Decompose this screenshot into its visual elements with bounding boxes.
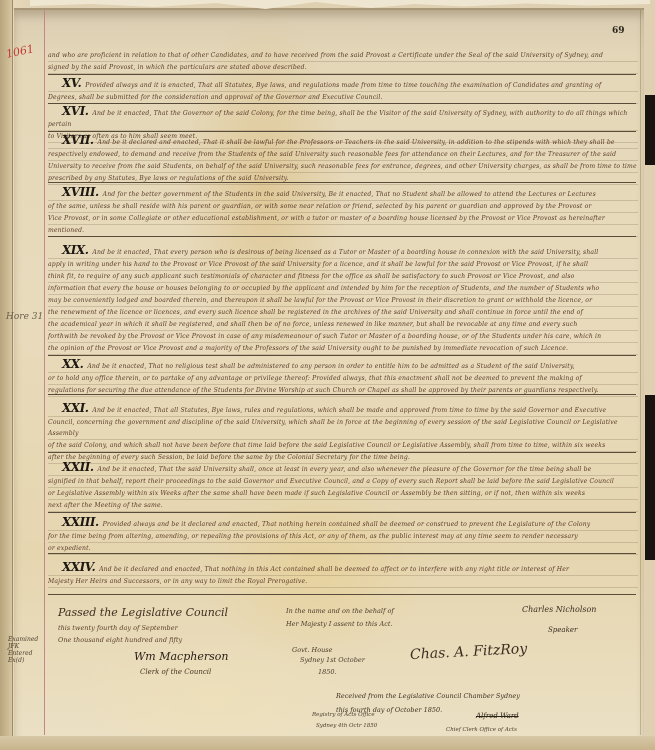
- chief-clerk-signature: Alfred Ward: [476, 712, 519, 720]
- page-edge-shadow: [645, 95, 655, 165]
- text-line: And be it enacted, That the Governor of …: [48, 110, 627, 128]
- clerk-signature: Wm Macpherson: [134, 650, 228, 663]
- text-line: And be it enacted, That no religious tes…: [87, 363, 574, 370]
- registry-line: Registry of Acts Office: [312, 712, 375, 718]
- text-line: or to hold any office therein, or to par…: [48, 373, 638, 385]
- section-divider: [48, 74, 636, 75]
- margin-note-stamp: Examined JFK Entered Ex(d): [8, 636, 38, 664]
- assent-year: 1850.: [318, 668, 337, 676]
- text-line: prescribed by any Statutes, Bye laws or …: [48, 173, 638, 185]
- section-xxii: XXII.And be it enacted, That the said Un…: [48, 462, 638, 512]
- section-number: XIX.: [62, 243, 88, 257]
- section-divider: [48, 355, 636, 356]
- assent-line: In the name and on the behalf of: [286, 607, 394, 615]
- text-line: University to receive from the said Stud…: [48, 161, 638, 173]
- text-line: may be conveniently lodged and boarded t…: [48, 295, 638, 307]
- section-number: XVII.: [62, 133, 94, 147]
- section-xxi: XXI.And be it enacted, That all Statutes…: [48, 403, 638, 464]
- text-line: Majesty Her Heirs and Successors, or in …: [48, 576, 638, 588]
- section-number: XV.: [62, 76, 81, 90]
- section-xxiii: XXIII.Provided always and be it declared…: [48, 517, 638, 555]
- text-line: apply in writing under his hand to the P…: [48, 259, 638, 271]
- section-number: XXIV.: [62, 560, 95, 574]
- assent-date: Sydney 1st October: [300, 656, 365, 664]
- text-line: of the same, unless he shall reside with…: [48, 201, 638, 213]
- text-line: Provided always and it is enacted, That …: [85, 82, 601, 89]
- text-line: And be it enacted, That every person who…: [92, 249, 598, 256]
- section-divider: [48, 553, 636, 554]
- section-xviii: XVIII.And for the better government of t…: [48, 187, 638, 237]
- section-number: XX.: [62, 357, 83, 371]
- section-divider: [48, 512, 636, 513]
- section-divider: [48, 394, 636, 395]
- text-line: And be it enacted, That all Statutes, By…: [92, 407, 606, 414]
- page-bottom-edge: [0, 736, 655, 750]
- passed-council-heading: Passed the Legislative Council: [58, 606, 228, 619]
- section-xx: XX.And be it enacted, That no religious …: [48, 359, 638, 397]
- speaker-title: Speaker: [548, 626, 577, 634]
- text-line: and who are proficient in relation to th…: [48, 50, 638, 62]
- text-line: forthwith be revoked by the Provost or V…: [48, 331, 638, 343]
- section-divider: [48, 236, 636, 237]
- left-margin-rule: [44, 10, 45, 735]
- page-edge-shadow: [645, 395, 655, 560]
- section-xv: XV.Provided always and it is enacted, Th…: [48, 78, 638, 104]
- text-line: signified in that behalf, report their p…: [48, 476, 638, 488]
- text-line: information that every the house or hous…: [48, 283, 638, 295]
- text-line: or Legislative Assembly within six Weeks…: [48, 488, 638, 500]
- text-line: Provided always and be it declared and e…: [103, 521, 591, 528]
- speaker-signature: Charles Nicholson: [522, 605, 596, 614]
- text-line: regulations for securing the due attenda…: [48, 385, 638, 397]
- text-line: And be it declared and enacted, That it …: [98, 139, 615, 146]
- text-line: the renewment of the licence or licences…: [48, 307, 638, 319]
- assent-line: Her Majesty I assent to this Act.: [286, 620, 393, 628]
- text-line: And for the better government of the Stu…: [103, 191, 596, 198]
- right-margin-rule: [640, 10, 641, 735]
- section-number: XXI.: [62, 401, 88, 415]
- folio-number: 69: [612, 26, 625, 36]
- section-divider: [48, 452, 636, 453]
- text-line: the opinion of the Provost or Vice Provo…: [48, 343, 638, 355]
- text-line: Council, concerning the government and d…: [48, 417, 638, 440]
- text-line: And be it enacted, That the said Univers…: [98, 466, 592, 473]
- text-line: the academical year in which it shall be…: [48, 319, 638, 331]
- section-divider: [48, 131, 636, 132]
- section-divider: [48, 182, 636, 183]
- text-line: think fit, to require of any such applic…: [48, 271, 638, 283]
- text-line: signed by the said Provost, in which the…: [48, 62, 638, 74]
- text-line: respectively endowed, to demand and rece…: [48, 149, 638, 161]
- continuation-paragraph: and who are proficient in relation to th…: [48, 50, 638, 74]
- section-divider: [48, 594, 636, 595]
- section-number: XXII.: [62, 460, 94, 474]
- assent-place: Govt. House: [292, 646, 332, 654]
- passed-year-line: One thousand eight hundred and fifty: [58, 636, 182, 644]
- registry-date: Sydney 4th Octr 1850: [316, 723, 377, 729]
- section-xix: XIX.And be it enacted, That every person…: [48, 245, 638, 355]
- margin-note-pencil: Hore 31: [6, 312, 43, 323]
- text-line: Vice Provost, or in some Collegiate or o…: [48, 213, 638, 225]
- chief-clerk-title: Chief Clerk Office of Acts: [446, 727, 517, 733]
- text-line: And be it declared and enacted, That not…: [99, 566, 569, 573]
- passed-date-line: this twenty fourth day of September: [58, 624, 178, 632]
- section-number: XVIII.: [62, 185, 99, 199]
- receipt-line: Received from the Legislative Council Ch…: [336, 692, 520, 700]
- clerk-title: Clerk of the Council: [140, 668, 211, 676]
- section-number: XVI.: [62, 104, 88, 118]
- text-line: of the said Colony, and which shall not …: [48, 440, 638, 452]
- section-xvii: XVII.And be it declared and enacted, Tha…: [48, 135, 638, 185]
- section-number: XXIII.: [62, 515, 99, 529]
- section-divider: [48, 103, 636, 104]
- section-xxiv: XXIV.And be it declared and enacted, Tha…: [48, 562, 638, 588]
- text-line: next after the Meeting of the same.: [48, 500, 638, 512]
- text-line: for the time being from altering, amendi…: [48, 531, 638, 543]
